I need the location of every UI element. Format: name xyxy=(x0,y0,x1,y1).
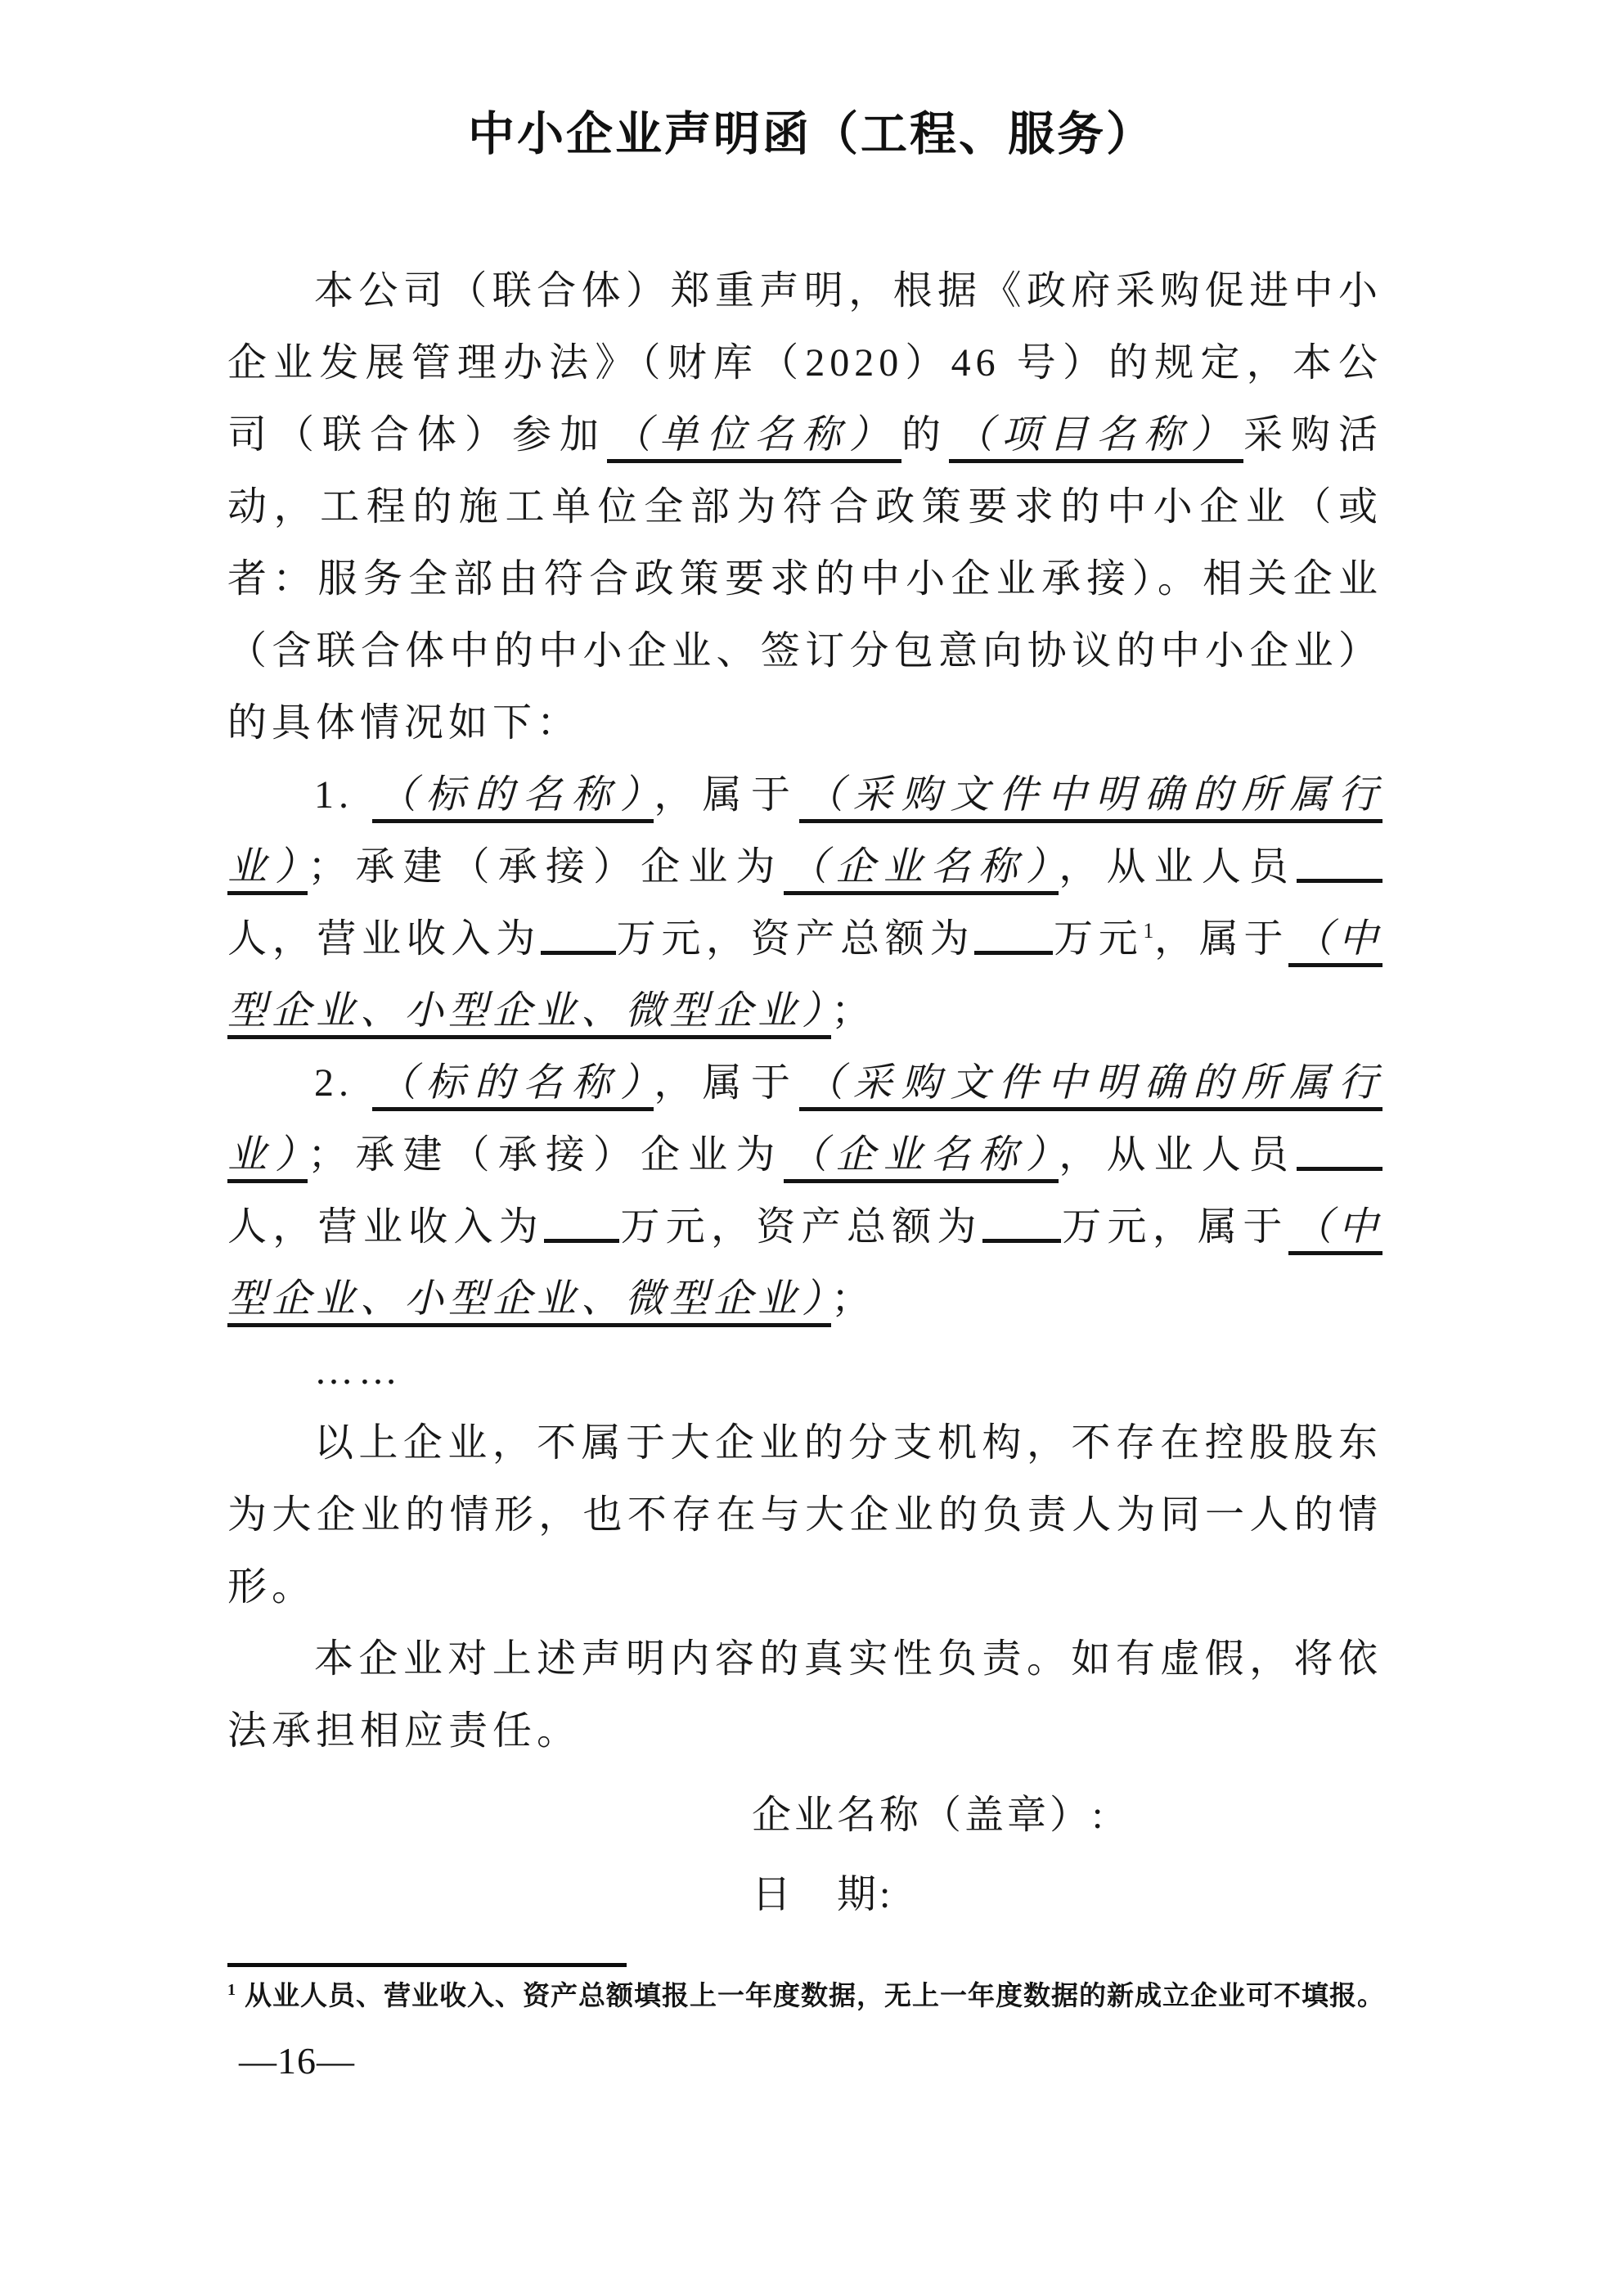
text-run: 人，营业收入为 xyxy=(227,1205,544,1249)
para-item-2: 2. （标的名称），属于（采购文件中明确的所属行业）；承建（承接）企业为（企业名… xyxy=(227,1047,1382,1335)
blank-underline xyxy=(1297,1129,1382,1171)
fill-in-value: （项目名称） xyxy=(949,413,1243,463)
signature-block: 企业名称（盖章）: 日 期: xyxy=(752,1776,1623,1934)
text-run: 2. xyxy=(314,1061,372,1105)
text-run: ； xyxy=(831,1277,875,1321)
text-run: 本企业对上述声明内容的真实性负责。如有虚假，将依法承担相应责任。 xyxy=(227,1637,1382,1753)
scanned-document-page: 中小企业声明函（工程、服务） 本公司（联合体）郑重声明，根据《政府采购促进中小企… xyxy=(0,0,1623,2296)
para-no-large-enterprise: 以上企业，不属于大企业的分支机构，不存在控股股东为大企业的情形，也不存在与大企业… xyxy=(227,1407,1382,1623)
blank-underline xyxy=(544,1201,619,1243)
text-run: 1. xyxy=(314,773,372,817)
fill-in-value: （单位名称） xyxy=(607,413,901,463)
fill-in-value: （标的名称） xyxy=(372,1061,654,1111)
text-run: ，从业人员 xyxy=(1059,1133,1297,1177)
page-number: —16— xyxy=(239,2039,355,2082)
text-run: 万元，属于 xyxy=(1061,1205,1288,1249)
footnote-divider xyxy=(227,1963,627,1967)
text-run: ，属于 xyxy=(1153,917,1288,961)
para-ellipsis: …… xyxy=(227,1335,1382,1407)
footnote-block: 1从业人员、营业收入、资产总额填报上一年度数据，无上一年度数据的新成立企业可不填… xyxy=(227,1963,1422,2015)
blank-underline xyxy=(1297,841,1382,883)
page-title: 中小企业声明函（工程、服务） xyxy=(0,0,1623,164)
blank-underline xyxy=(982,1201,1061,1243)
blank-underline xyxy=(974,913,1053,955)
text-run: ；承建（承接）企业为 xyxy=(308,1133,783,1177)
date-label: 日 期: xyxy=(752,1855,1623,1934)
text-run: 人，营业收入为 xyxy=(227,917,541,961)
footnote-marker: 1 xyxy=(227,1981,236,1999)
fill-in-value: （企业名称） xyxy=(784,1133,1059,1183)
para-responsibility: 本企业对上述声明内容的真实性负责。如有虚假，将依法承担相应责任。 xyxy=(227,1623,1382,1767)
para-declaration: 本公司（联合体）郑重声明，根据《政府采购促进中小企业发展管理办法》（财库（202… xyxy=(227,255,1382,759)
text-run: …… xyxy=(314,1349,402,1393)
text-run: 的 xyxy=(901,413,949,457)
para-item-1: 1. （标的名称），属于（采购文件中明确的所属行业）；承建（承接）企业为（企业名… xyxy=(227,759,1382,1047)
text-run: ，从业人员 xyxy=(1059,845,1297,889)
footnote-text: 1从业人员、营业收入、资产总额填报上一年度数据，无上一年度数据的新成立企业可不填… xyxy=(227,1979,1422,2015)
text-run: 万元，资产总额为 xyxy=(616,917,974,961)
text-run: 以上企业，不属于大企业的分支机构，不存在控股股东为大企业的情形，也不存在与大企业… xyxy=(227,1421,1382,1609)
fill-in-value: （标的名称） xyxy=(372,773,654,823)
footnote-content: 从业人员、营业收入、资产总额填报上一年度数据，无上一年度数据的新成立企业可不填报… xyxy=(245,1982,1385,2011)
document-body: 本公司（联合体）郑重声明，根据《政府采购促进中小企业发展管理办法》（财库（202… xyxy=(227,255,1382,1767)
text-run: ，属于 xyxy=(654,1061,799,1105)
text-run: ； xyxy=(831,989,875,1033)
blank-underline xyxy=(541,913,616,955)
text-run: ，属于 xyxy=(654,773,799,817)
footnote-marker: 1 xyxy=(1143,919,1153,943)
text-run: ；承建（承接）企业为 xyxy=(308,845,783,889)
text-run: 万元，资产总额为 xyxy=(619,1205,982,1249)
fill-in-value: （企业名称） xyxy=(784,845,1059,895)
company-seal-label: 企业名称（盖章）: xyxy=(752,1776,1623,1855)
text-run: 万元 xyxy=(1053,917,1143,961)
